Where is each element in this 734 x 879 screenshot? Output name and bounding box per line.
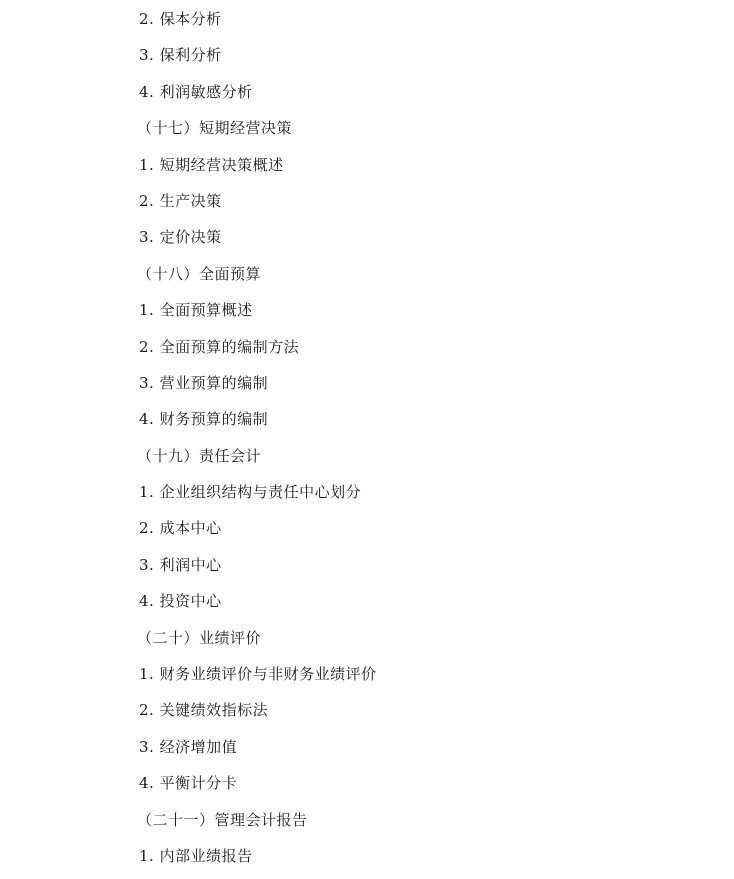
- section-heading-21: （二十一）管理会计报告: [137, 809, 734, 845]
- document-body: 2. 保本分析 3. 保利分析 4. 利润敏感分析 （十七）短期经营决策 1. …: [139, 8, 734, 879]
- list-item-financial-nonfinancial-evaluation: 1. 财务业绩评价与非财务业绩评价: [139, 663, 734, 699]
- list-item-balanced-scorecard: 4. 平衡计分卡: [139, 772, 734, 808]
- list-item-internal-performance-report: 1. 内部业绩报告: [139, 845, 734, 879]
- list-item-kpi-method: 2. 关键绩效指标法: [139, 699, 734, 735]
- section-heading-17: （十七）短期经营决策: [137, 117, 734, 153]
- list-item-org-structure: 1. 企业组织结构与责任中心划分: [139, 481, 734, 517]
- list-item-eva: 3. 经济增加值: [139, 736, 734, 772]
- list-item-profit-sensitivity-analysis: 4. 利润敏感分析: [139, 81, 734, 117]
- list-item-cost-center: 2. 成本中心: [139, 517, 734, 553]
- section-heading-20: （二十）业绩评价: [137, 627, 734, 663]
- list-item-investment-center: 4. 投资中心: [139, 590, 734, 626]
- list-item-profit-center: 3. 利润中心: [139, 554, 734, 590]
- list-item-financial-budget: 4. 财务预算的编制: [139, 408, 734, 444]
- list-item-budget-overview: 1. 全面预算概述: [139, 299, 734, 335]
- list-item-production-decision: 2. 生产决策: [139, 190, 734, 226]
- list-item-operating-budget: 3. 营业预算的编制: [139, 372, 734, 408]
- list-item-target-profit-analysis: 3. 保利分析: [139, 44, 734, 80]
- list-item-short-term-decision-overview: 1. 短期经营决策概述: [139, 154, 734, 190]
- list-item-budget-methods: 2. 全面预算的编制方法: [139, 336, 734, 372]
- section-heading-19: （十九）责任会计: [137, 445, 734, 481]
- section-heading-18: （十八）全面预算: [137, 263, 734, 299]
- list-item-pricing-decision: 3. 定价决策: [139, 226, 734, 262]
- list-item-break-even-analysis: 2. 保本分析: [139, 8, 734, 44]
